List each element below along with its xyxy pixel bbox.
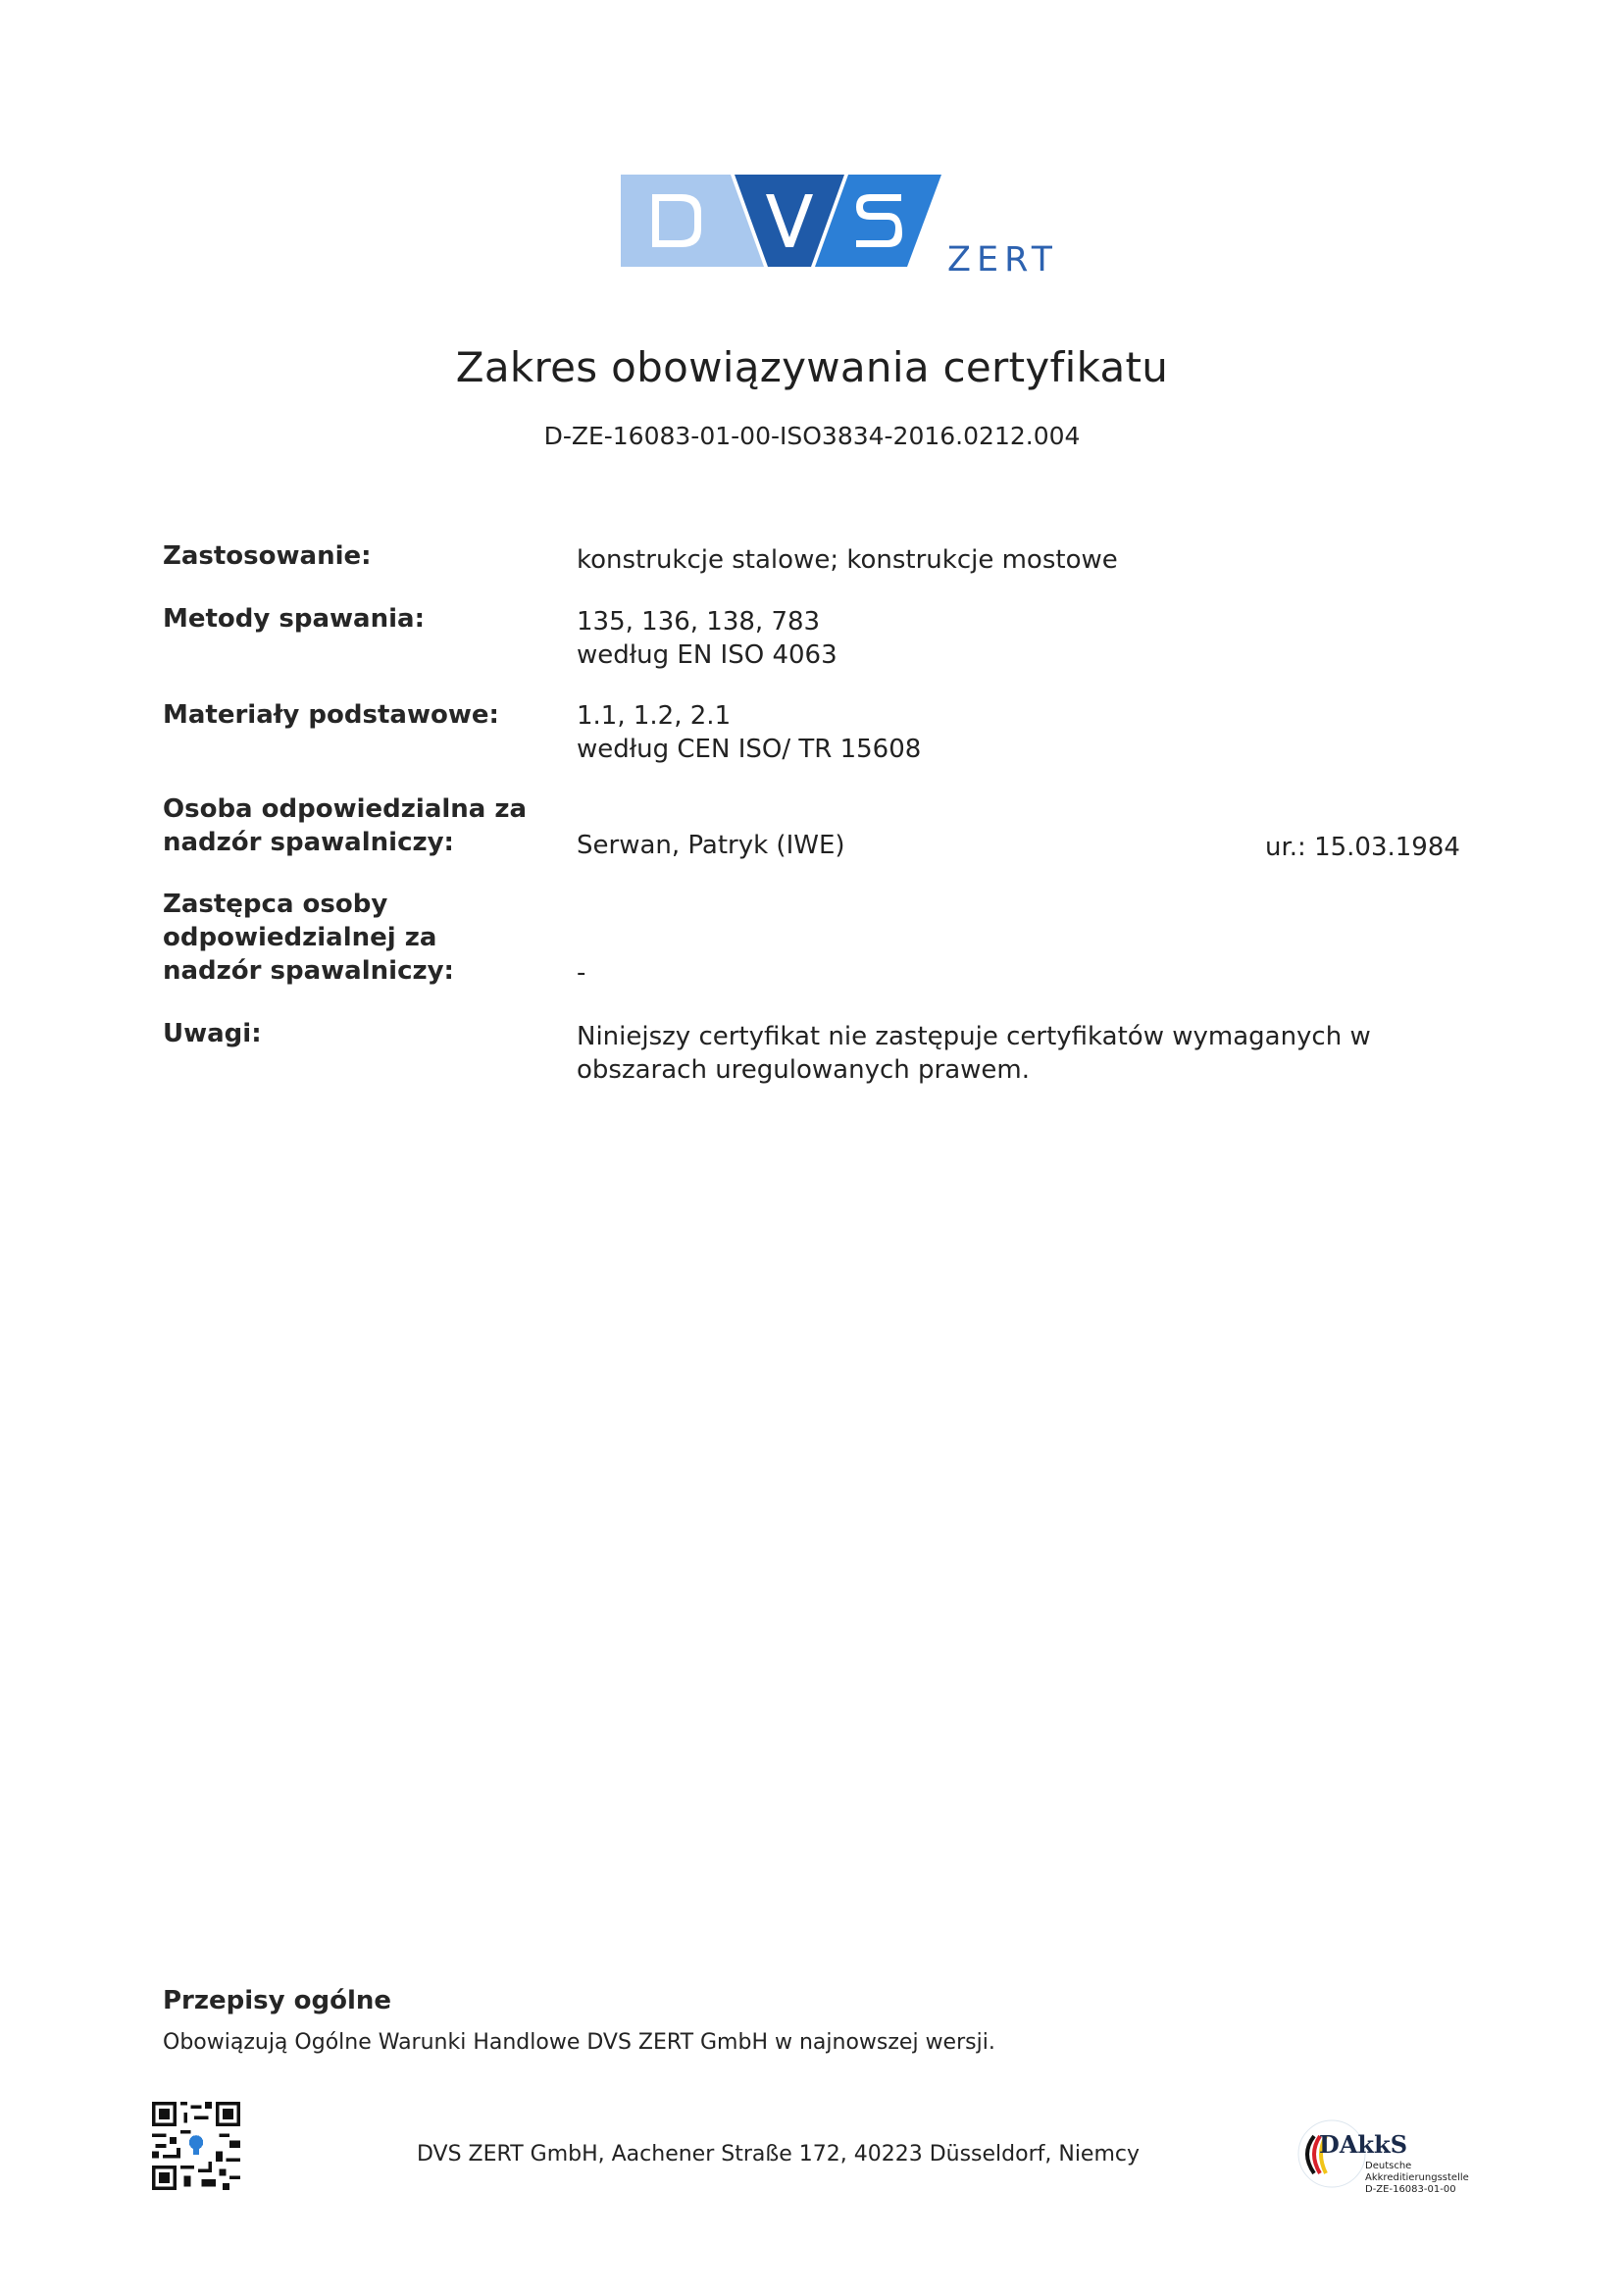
label-responsible-person: Osoba odpowiedzialna zanadzór spawalnicz… — [163, 792, 527, 859]
birth-date: ur.: 15.03.1984 — [1265, 831, 1460, 864]
value-welding-methods: 135, 136, 138, 783według EN ISO 4063 — [577, 605, 837, 672]
label-base-materials: Materiały podstawowe: — [163, 698, 499, 732]
value-application: konstrukcje stalowe; konstrukcje mostowe — [577, 543, 1118, 577]
label-deputy-person: Zastępca osobyodpowiedzialnej zanadzór s… — [163, 888, 454, 988]
dvs-zert-logo: ZERT — [621, 173, 1052, 280]
dakks-name: DAkkS — [1319, 2130, 1407, 2159]
logo-suffix: ZERT — [947, 240, 1052, 280]
general-provisions-text: Obowiązują Ogólne Warunki Handlowe DVS Z… — [163, 2030, 995, 2055]
qr-code-icon — [152, 2102, 240, 2190]
label-welding-methods: Metody spawania: — [163, 602, 425, 636]
label-application: Zastosowanie: — [163, 539, 372, 573]
label-remarks: Uwagi: — [163, 1017, 262, 1050]
value-responsible-person: Serwan, Patryk (IWE) — [577, 829, 845, 862]
document-title: Zakres obowiązywania certyfikatu — [0, 343, 1624, 391]
dakks-line3: D-ZE-16083-01-00 — [1365, 2184, 1456, 2196]
company-address: DVS ZERT GmbH, Aachener Straße 172, 4022… — [417, 2142, 1140, 2167]
dakks-line1: Deutsche — [1365, 2161, 1411, 2172]
value-base-materials: 1.1, 1.2, 2.1według CEN ISO/ TR 15608 — [577, 699, 921, 766]
general-provisions-title: Przepisy ogólne — [163, 1986, 391, 2015]
value-deputy-person: - — [577, 956, 585, 990]
value-remarks: Niniejszy certyfikat nie zastępuje certy… — [577, 1020, 1371, 1087]
dakks-line2: Akkreditierungsstelle — [1365, 2172, 1469, 2184]
certificate-number: D-ZE-16083-01-00-ISO3834-2016.0212.004 — [0, 422, 1624, 450]
